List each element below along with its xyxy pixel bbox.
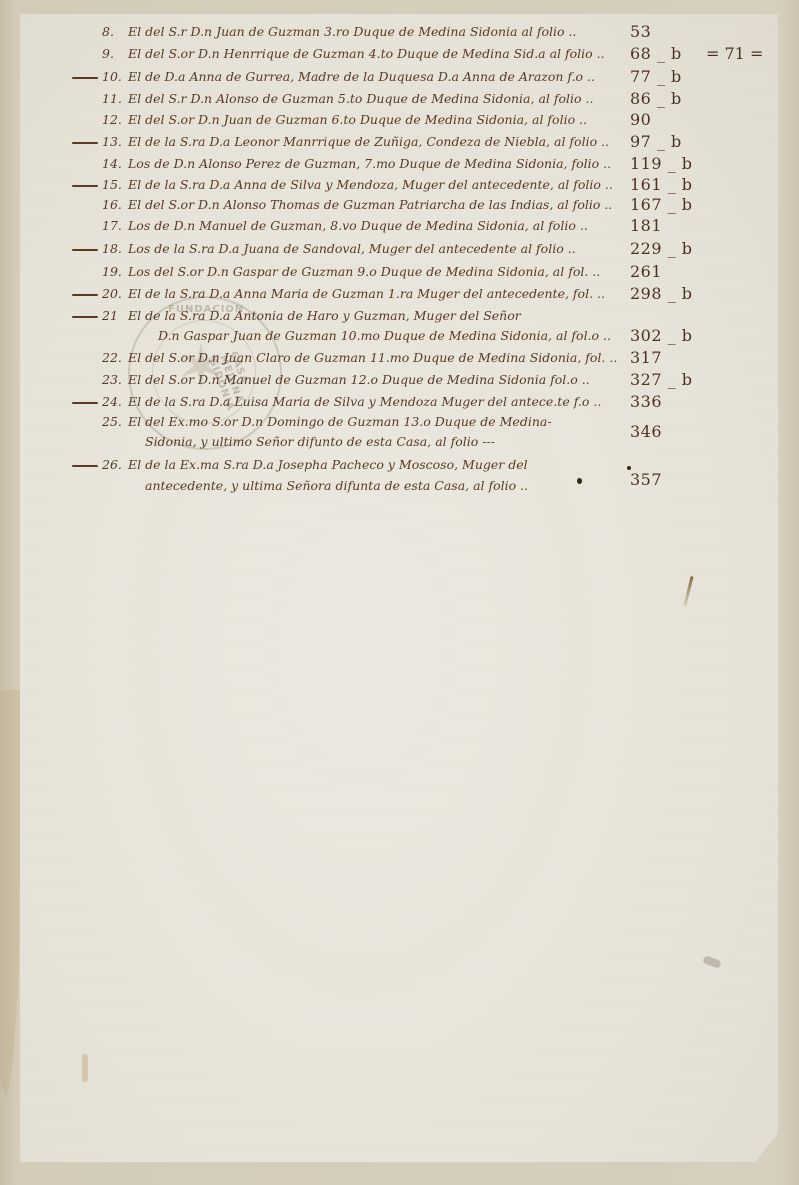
entry-folio: 298 _ b [630,284,692,304]
index-entry: 23. El del S.or D.n Manuel de Guzman 12.… [0,370,799,390]
entry-text: El del Ex.mo S.or D.n Domingo de Guzman … [128,412,552,432]
entry-folio: 53 [630,22,651,42]
entry-folio: 229 _ b [630,239,692,259]
entry-text-continuation: Sidonia, y ultimo Señor difunto de esta … [145,432,495,452]
entry-number: 21 [102,306,118,326]
entry-text: El de la Ex.ma S.ra D.a Josepha Pacheco … [128,455,528,475]
entry-folio: 119 _ b [630,154,692,174]
entry-number: 14. [102,154,122,174]
entry-text: El del S.or D.n Henrrique de Guzman 4.to… [128,44,605,64]
entry-text: Los de D.n Manuel de Guzman, 8.vo Duque … [128,216,588,236]
index-entry: 21 El de la S.ra D.a Antonia de Haro y G… [0,306,799,326]
index-entry: 17. Los de D.n Manuel de Guzman, 8.vo Du… [0,216,799,236]
entry-number: 18. [102,239,122,259]
entry-text-continuation: antecedente, y ultima Señora difunta de … [145,476,528,496]
entry-folio: 302 _ b [630,326,692,346]
entry-text: El de la S.ra D.a Leonor Manrrique de Zu… [128,132,609,152]
entry-number: 25. [102,412,122,432]
entry-text: El del S.or D.n Juan de Guzman 6.to Duqu… [128,110,587,130]
entry-text: El de la S.ra D.a Anna de Silva y Mendoz… [128,175,613,195]
entry-number: 20. [102,284,122,304]
entry-number: 19. [102,262,122,282]
margin-dash-mark [72,465,98,467]
entry-text: El del S.or D.n Juan Claro de Guzman 11.… [128,348,617,368]
margin-dash-mark [72,77,98,79]
entry-text-continuation: D.n Gaspar Juan de Guzman 10.mo Duque de… [158,326,611,346]
entry-folio: 86 _ b [630,89,682,109]
entry-folio: 336 [630,392,662,412]
paper-stain [82,1054,88,1082]
entry-text: Los de D.n Alonso Perez de Guzman, 7.mo … [128,154,611,174]
entry-folio: 261 [630,262,662,282]
entry-text: El de la S.ra D.a Luisa Maria de Silva y… [128,392,601,412]
index-entry-continuation: Sidonia, y ultimo Señor difunto de esta … [0,432,799,452]
entry-text: El de la S.ra D.a Antonia de Haro y Guzm… [128,306,521,326]
index-entry: 9. El del S.or D.n Henrrique de Guzman 4… [0,44,799,64]
index-entry-continuation: D.n Gaspar Juan de Guzman 10.mo Duque de… [0,326,799,346]
entry-folio: 167 _ b [630,195,692,215]
entry-text: Los de la S.ra D.a Juana de Sandoval, Mu… [128,239,576,259]
entry-number: 13. [102,132,122,152]
entry-number: 12. [102,110,122,130]
entry-number: 11. [102,89,122,109]
entry-number: 10. [102,67,122,87]
entry-text: Los del S.or D.n Gaspar de Guzman 9.o Du… [128,262,600,282]
ink-blot [627,466,631,470]
index-entry-continuation: antecedente, y ultima Señora difunta de … [0,476,799,496]
margin-dash-mark [72,316,98,318]
index-entry: 18. Los de la S.ra D.a Juana de Sandoval… [0,239,799,259]
index-entry: 8. El del S.r D.n Juan de Guzman 3.ro Du… [0,22,799,42]
margin-dash-mark [72,142,98,144]
entry-folio: 97 _ b [630,132,682,152]
margin-dash-mark [72,294,98,296]
index-entry: 16. El del S.or D.n Alonso Thomas de Guz… [0,195,799,215]
entry-folio: 181 [630,216,662,236]
entry-number: 24. [102,392,122,412]
index-entry: 22. El del S.or D.n Juan Claro de Guzman… [0,348,799,368]
entry-folio: 357 [630,470,662,490]
margin-dash-mark [72,249,98,251]
margin-dash-mark [72,402,98,404]
entry-number: 17. [102,216,122,236]
entry-folio-note: = 71 = [706,44,763,64]
entry-number: 16. [102,195,122,215]
entry-folio: 327 _ b [630,370,692,390]
index-entry: 13. El de la S.ra D.a Leonor Manrrique d… [0,132,799,152]
entry-text: El de D.a Anna de Gurrea, Madre de la Du… [128,67,595,87]
margin-dash-mark [72,185,98,187]
entry-folio: 90 [630,110,651,130]
entry-text: El del S.r D.n Juan de Guzman 3.ro Duque… [128,22,576,42]
entry-number: 9. [102,44,114,64]
index-entry: 19. Los del S.or D.n Gaspar de Guzman 9.… [0,262,799,282]
index-entry: 10. El de D.a Anna de Gurrea, Madre de l… [0,67,799,87]
entry-number: 15. [102,175,122,195]
entry-text: El del S.or D.n Alonso Thomas de Guzman … [128,195,612,215]
index-entry: 14. Los de D.n Alonso Perez de Guzman, 7… [0,154,799,174]
index-entry: 24. El de la S.ra D.a Luisa Maria de Sil… [0,392,799,412]
index-entries: 8. El del S.r D.n Juan de Guzman 3.ro Du… [0,0,799,500]
index-entry: 12. El del S.or D.n Juan de Guzman 6.to … [0,110,799,130]
entry-number: 23. [102,370,122,390]
index-entry: 11. El del S.r D.n Alonso de Guzman 5.to… [0,89,799,109]
entry-number: 8. [102,22,114,42]
entry-folio: 161 _ b [630,175,692,195]
index-entry: 20. El de la S.ra D.a Anna Maria de Guzm… [0,284,799,304]
index-entry: 25. El del Ex.mo S.or D.n Domingo de Guz… [0,412,799,432]
entry-folio: 317 [630,348,662,368]
index-entry: 15. El de la S.ra D.a Anna de Silva y Me… [0,175,799,195]
entry-number: 22. [102,348,122,368]
entry-folio: 68 _ b [630,44,682,64]
entry-folio: 346 [630,422,662,442]
entry-number: 26. [102,455,122,475]
entry-text: El de la S.ra D.a Anna Maria de Guzman 1… [128,284,605,304]
entry-text: El del S.or D.n Manuel de Guzman 12.o Du… [128,370,590,390]
entry-folio: 77 _ b [630,67,682,87]
ink-blot [577,478,582,484]
index-entry: 26. El de la Ex.ma S.ra D.a Josepha Pach… [0,455,799,475]
entry-text: El del S.r D.n Alonso de Guzman 5.to Duq… [128,89,593,109]
